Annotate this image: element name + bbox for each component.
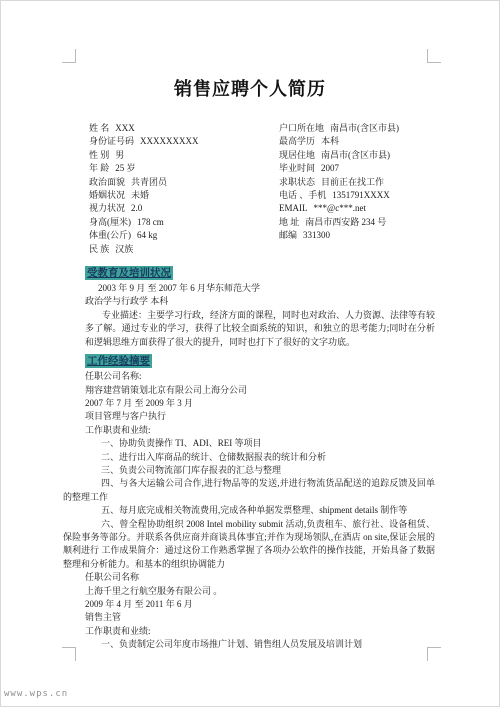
info-label: 最高学历 [279, 136, 315, 146]
margin-crop-mark-bottom-right [427, 647, 441, 661]
info-label: 户口所在地 [279, 123, 324, 133]
education-period-school: 2003 年 9 月 至 2007 年 6 月华东师范大学 [85, 282, 435, 295]
duty-item: 四、与各大运输公司合作,进行物品等的发送,并进行物流货品配送的追踪反馈及回单的整… [63, 477, 435, 504]
info-value: 共青团员 [131, 177, 167, 187]
document-page: 销售应聘个人简历 姓 名XXX 身份证号码XXXXXXXXX 性 别男 年 龄2… [0, 0, 500, 707]
info-row: 性 别男 [89, 149, 279, 162]
info-row: 婚姻状况未婚 [89, 189, 279, 202]
margin-crop-mark-top-right [427, 49, 441, 63]
info-value: 本科 [321, 136, 339, 146]
info-row: 地 址南昌市西安路 234 号 [279, 216, 439, 229]
info-row: 姓 名XXX [89, 122, 279, 135]
info-row: EMAIL***@c***.net [279, 202, 439, 215]
duty-item: 三、负责公司物流部门库存报表的汇总与整理 [63, 464, 435, 477]
info-value: XXXXXXXXX [140, 136, 199, 146]
company1-period: 2007 年 7 月 至 2009 年 3 月 [85, 397, 435, 410]
info-row: 身高(厘米)178 cm [89, 216, 279, 229]
duty-item: 二、进行出入库商品的统计、仓储数据报表的统计和分析 [63, 451, 435, 464]
info-value: 南昌市(含区市县) [330, 123, 399, 133]
info-row: 民 族汉族 [89, 243, 279, 256]
company1-name: 翔容建营销策划北京有限公司上海分公司 [85, 384, 435, 397]
duty-item: 一、负责制定公司年度市场推广计划、销售组人员发展及培训计划 [63, 638, 435, 651]
company2-duties-label: 工作职责和业绩: [85, 625, 435, 638]
work-experience-section: 工作经验摘要 任职公司名称: 翔容建营销策划北京有限公司上海分公司 2007 年… [85, 354, 435, 652]
company2-position: 销售主管 [85, 611, 435, 624]
info-value: 2007 [321, 163, 339, 173]
education-major-degree: 政治学与行政学 本科 [85, 295, 435, 308]
info-label: 姓 名 [89, 123, 109, 133]
info-value: 1351791XXXX [332, 190, 390, 200]
duty-item: 一、协助负责操作 TI、ADI、REI 等项目 [63, 437, 435, 450]
info-row: 户口所在地南昌市(含区市县) [279, 122, 439, 135]
company1-duties-label: 工作职责和业绩: [85, 424, 435, 437]
info-row: 现居住地南昌市(含区市县) [279, 149, 439, 162]
info-row: 最高学历本科 [279, 135, 439, 148]
info-label: 毕业时间 [279, 163, 315, 173]
info-label: 求职状态 [279, 177, 315, 187]
info-value: 南昌市西安路 234 号 [305, 217, 386, 227]
wps-watermark: www.wps.cn [4, 689, 68, 699]
company2-name: 上海千里之行航空服务有限公司 。 [85, 585, 435, 598]
info-label: 身高(厘米) [89, 217, 131, 227]
info-label: 性 别 [89, 150, 109, 160]
info-value: 178 cm [137, 217, 164, 227]
info-row: 政治面貌共青团员 [89, 176, 279, 189]
section-header-work: 工作经验摘要 [85, 354, 152, 368]
info-row: 体重(公斤)64 kg [89, 229, 279, 242]
section-header-education: 受教育及培训状况 [85, 266, 173, 280]
info-label: 民 族 [89, 244, 109, 254]
company1-position: 项目管理与客户执行 [85, 410, 435, 423]
info-value: ***@c***.net [314, 203, 367, 213]
margin-crop-mark-bottom-left [62, 647, 76, 661]
info-row: 视力状况2.0 [89, 202, 279, 215]
info-value: 64 kg [137, 230, 157, 240]
info-value: 2.0 [131, 203, 142, 213]
company1-name-label: 任职公司名称: [85, 370, 435, 383]
info-row: 电话 、手机1351791XXXX [279, 189, 439, 202]
info-row: 求职状态目前正在找工作 [279, 176, 439, 189]
info-label: 年 龄 [89, 163, 109, 173]
info-label: 体重(公斤) [89, 230, 131, 240]
info-value: XXX [115, 123, 135, 133]
info-value: 南昌市(含区市县) [321, 150, 390, 160]
duty-item: 六、曾全程协助组织 2008 Intel mobility submit 活动,… [63, 518, 435, 572]
info-label: 现居住地 [279, 150, 315, 160]
info-label: 电话 、手机 [279, 190, 326, 200]
company2-period: 2009 年 4 月 至 2011 年 6 月 [85, 598, 435, 611]
education-description: 专业描述：主要学习行政，经济方面的课程，同时也对政治、人力资源、法律等有较多了解… [85, 309, 435, 349]
personal-info: 姓 名XXX 身份证号码XXXXXXXXX 性 别男 年 龄25 岁 政治面貌共… [89, 122, 439, 256]
company2-name-label: 任职公司名称 [85, 571, 435, 584]
info-label: 地 址 [279, 217, 299, 227]
info-label: 政治面貌 [89, 177, 125, 187]
info-value: 汉族 [115, 244, 133, 254]
company2-duty-list: 一、负责制定公司年度市场推广计划、销售组人员发展及培训计划 [85, 638, 435, 651]
personal-info-left-column: 姓 名XXX 身份证号码XXXXXXXXX 性 别男 年 龄25 岁 政治面貌共… [89, 122, 279, 256]
info-value: 男 [115, 150, 124, 160]
info-row: 年 龄25 岁 [89, 162, 279, 175]
info-value: 目前正在找工作 [321, 177, 384, 187]
personal-info-right-column: 户口所在地南昌市(含区市县) 最高学历本科 现居住地南昌市(含区市县) 毕业时间… [279, 122, 439, 256]
company1-duty-list: 一、协助负责操作 TI、ADI、REI 等项目二、进行出入库商品的统计、仓储数据… [85, 437, 435, 571]
info-row: 邮编331300 [279, 229, 439, 242]
margin-crop-mark-top-left [62, 49, 76, 63]
info-value: 25 岁 [115, 163, 135, 173]
info-value: 331300 [303, 230, 330, 240]
info-label: 身份证号码 [89, 136, 134, 146]
info-row: 毕业时间2007 [279, 162, 439, 175]
duty-item: 五、每月底完成相关物流费用,完成各种单据发票整理、shipment detail… [63, 504, 435, 517]
info-label: 婚姻状况 [89, 190, 125, 200]
info-value: 未婚 [131, 190, 149, 200]
education-section: 受教育及培训状况 2003 年 9 月 至 2007 年 6 月华东师范大学 政… [85, 266, 435, 349]
info-row: 身份证号码XXXXXXXXX [89, 135, 279, 148]
info-label: EMAIL [279, 203, 308, 213]
info-label: 邮编 [279, 230, 297, 240]
info-label: 视力状况 [89, 203, 125, 213]
